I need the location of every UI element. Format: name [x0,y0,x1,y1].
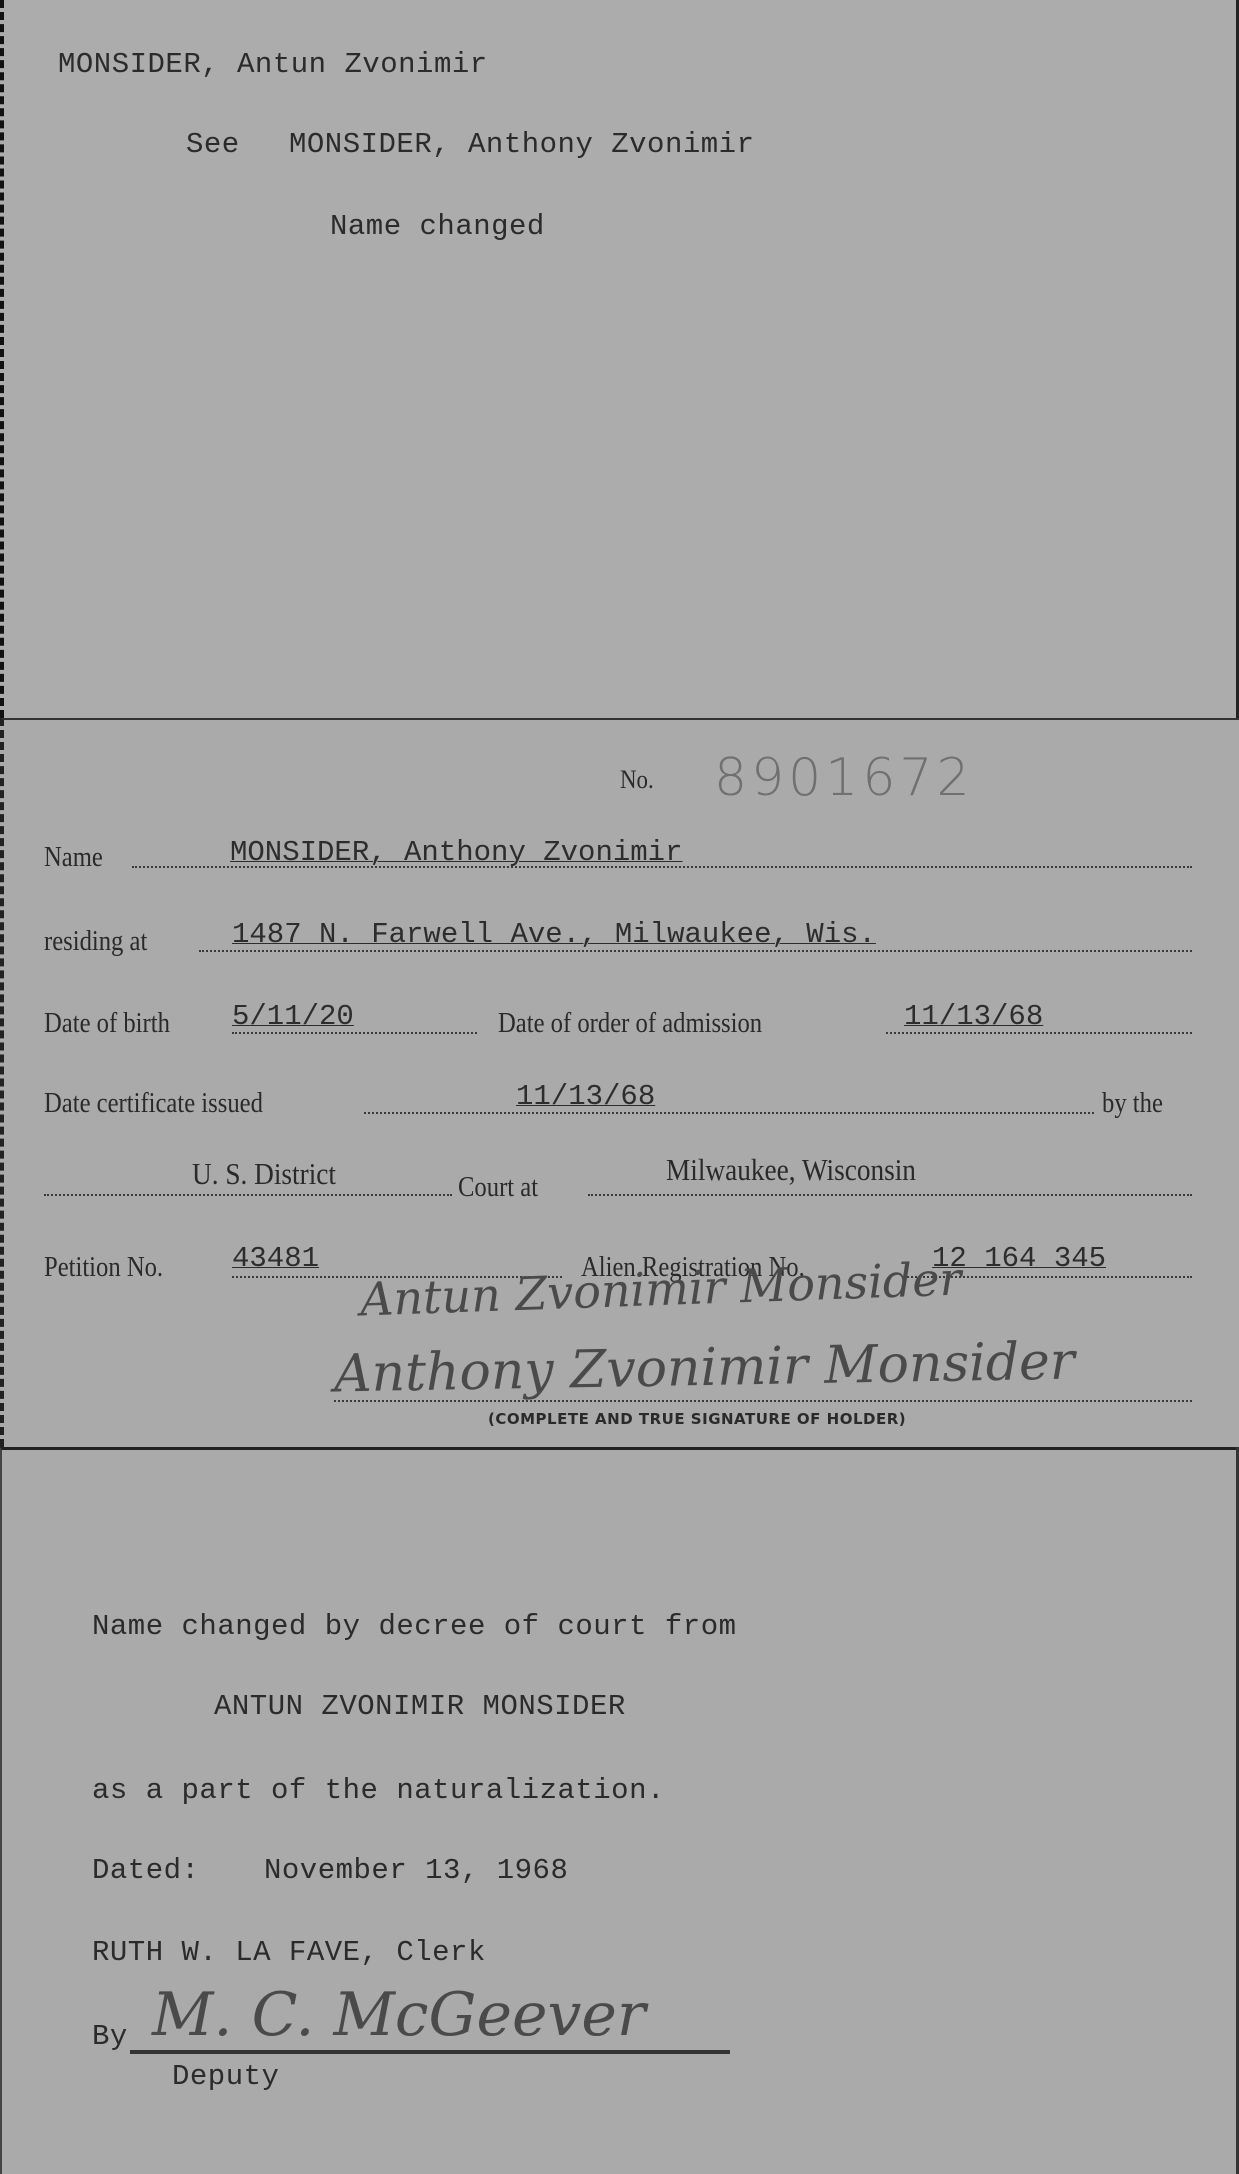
court-dotted-line [44,1194,452,1196]
card-heading-name: MONSIDER, Antun Zvonimir [58,48,488,81]
court-value: U. S. District [192,1156,336,1192]
dob-label: Date of birth [44,1008,170,1040]
dated-value: November 13, 1968 [264,1854,568,1887]
by-label: By [92,2020,128,2053]
see-reference-name: MONSIDER, Anthony Zvonimir [289,128,754,161]
decree-statement: Name changed by decree of court from [92,1610,737,1643]
signature-holder: Anthony Zvonimir Monsider [334,1332,1076,1405]
admission-value: 11/13/68 [904,1000,1043,1033]
issued-dotted-line [364,1112,1094,1114]
residing-value: 1487 N. Farwell Ave., Milwaukee, Wis. [232,918,876,951]
clerk-name: RUTH W. LA FAVE, Clerk [92,1936,486,1969]
name-label: Name [44,842,103,874]
naturalization-statement: as a part of the naturalization. [92,1774,665,1807]
dated-label: Dated: [92,1854,199,1887]
naturalization-certificate-card: No. 8901672 Name MONSIDER, Anthony Zvoni… [0,718,1239,1447]
certificate-number: 8901672 [714,748,974,808]
certificate-no-label: No. [620,765,654,795]
issued-label: Date certificate issued [44,1088,263,1120]
by-the-label: by the [1102,1088,1163,1120]
former-name: ANTUN ZVONIMIR MONSIDER [214,1690,626,1723]
issued-value: 11/13/68 [516,1080,655,1113]
deputy-label: Deputy [172,2060,279,2093]
deputy-signature-line [130,2050,730,2054]
signature-dotted-line [334,1400,1192,1402]
petition-value: 43481 [232,1242,319,1275]
court-location: Milwaukee, Wisconsin [666,1152,916,1188]
name-value: MONSIDER, Anthony Zvonimir [230,836,682,869]
petition-label: Petition No. [44,1252,163,1284]
admission-label: Date of order of admission [498,1008,762,1040]
see-label: See [186,128,240,161]
residing-label: residing at [44,926,147,958]
index-card-cross-reference: MONSIDER, Antun Zvonimir See MONSIDER, A… [0,0,1239,718]
signature-caption: (COMPLETE AND TRUE SIGNATURE OF HOLDER) [488,1410,906,1428]
deputy-signature: M. C. McGeever [152,1980,646,2050]
name-changed-note: Name changed [330,210,545,243]
court-at-label: Court at [458,1172,538,1204]
dob-value: 5/11/20 [232,1000,354,1033]
name-change-decree-card: Name changed by decree of court from ANT… [0,1447,1239,2174]
signature-former-name: Antun Zvonimir Monsider [359,1252,962,1327]
court-location-dotted-line [588,1194,1192,1196]
